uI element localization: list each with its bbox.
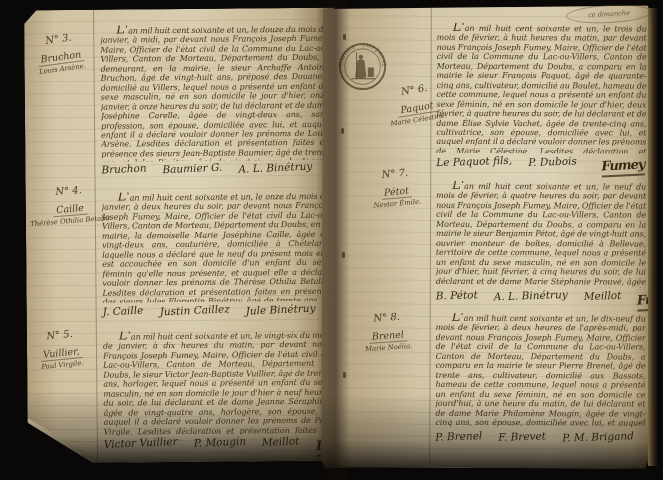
- signature: B. Pétot: [436, 289, 478, 302]
- mayor-signature: Fumey: [601, 157, 645, 177]
- signature-row-act-8: P. Brenel F. Brevet P. M. Brigand Fumey: [435, 429, 643, 448]
- signature: P. Dubois: [528, 155, 577, 169]
- signature: Victor Vuillier: [104, 436, 178, 451]
- margin-note-act-4: N° 4. Caille Thérèse Othilia Betalia.: [26, 183, 113, 228]
- margin-rule-line: [429, 5, 432, 468]
- birth-act-text-7: L'an mil huit cent soixante et un, le ne…: [436, 181, 646, 288]
- signature: J. Caille: [102, 305, 143, 319]
- birth-act-text-8: L'an mil huit cent soixante et un, le di…: [435, 313, 645, 428]
- register-page-right: TIMBRE · IMPÉRIAL N° 6. Paquot Marie Cél…: [321, 4, 653, 468]
- signature: P. M. Brigand: [562, 430, 634, 444]
- binding-stitch: [341, 128, 344, 134]
- register-page-left: N° 3. Bruchon Louis Arsène. L'an mil hui…: [24, 8, 338, 464]
- birth-act-text-5: L'an mil huit cent soixante et un, le vi…: [103, 330, 332, 436]
- signature-row-act-6: Le Paquot fils, P. Dubois Fumey: [436, 154, 644, 173]
- birth-act-text-4: L'an mil huit cent soixante et un, le on…: [102, 191, 331, 303]
- birth-act-text-3: L'an mil huit cent soixante et un, le do…: [100, 24, 329, 162]
- stamp-figure: [351, 53, 375, 79]
- folded-page-corner: [28, 415, 98, 462]
- signature: Justin Caillez: [159, 303, 230, 318]
- signature: F. Brevet: [498, 430, 546, 443]
- margin-note-act-3: N° 3. Bruchon Louis Arsène.: [24, 29, 105, 79]
- register-book-spread: N° 3. Bruchon Louis Arsène. L'an mil hui…: [0, 0, 663, 480]
- binding-stitch: [343, 372, 346, 378]
- signature: Le Paquot fils,: [436, 155, 512, 169]
- signature-row-act-5: Victor Vuillier P. Mougin Meillot Fumey: [104, 434, 332, 454]
- signature-row-act-7: B. Pétot A. L. Binétruy Meillot Fumey: [436, 288, 644, 307]
- birth-act-text-6: L'an mil huit cent soixante et un, le tr…: [436, 23, 646, 154]
- margin-note-act-7: N° 7. Pétot Nestor Émile.: [353, 165, 440, 211]
- signature: Bruchon: [101, 163, 147, 177]
- signature: P. Brenel: [435, 430, 482, 443]
- margin-rule-line: [93, 10, 98, 463]
- signature: Baumier G.: [162, 162, 222, 177]
- signature: Meillot: [262, 435, 300, 449]
- binding-stitch: [342, 252, 345, 258]
- signature: Meillot: [583, 290, 621, 303]
- binding-stitch: [343, 34, 346, 40]
- signature: A. L. Binétruy: [238, 161, 312, 176]
- margin-note-act-8: N° 8. Brenel Marie Noélia.: [344, 310, 430, 354]
- page-edge-stack: [648, 8, 658, 466]
- signature-row-act-3: Bruchon Baumier G. A. L. Binétruy Fumey: [101, 160, 329, 180]
- imperial-tax-stamp: TIMBRE · IMPÉRIAL: [337, 40, 389, 92]
- signature-row-act-4: J. Caille Justin Caillez Jule Binétruy F…: [103, 302, 331, 322]
- signature: A. L. Binétruy: [494, 289, 568, 303]
- margin-note-act-5: N° 5. Vuillier, Paul Virgile.: [24, 326, 105, 373]
- signature: Jule Binétruy: [245, 303, 315, 318]
- signature: P. Mougin: [193, 436, 246, 450]
